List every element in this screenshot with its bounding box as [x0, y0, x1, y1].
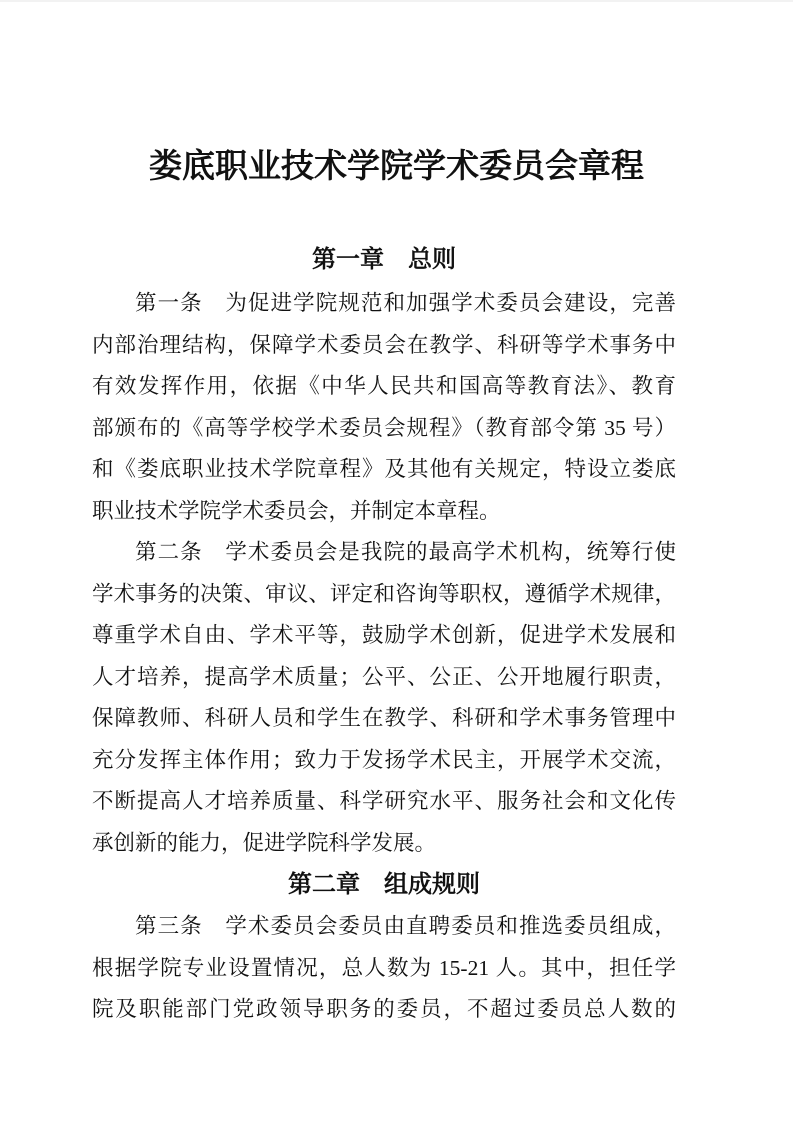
paragraph-line: 第二条 学术委员会是我院的最高学术机构，统筹行使: [92, 532, 676, 574]
paragraph-line: 第一条 为促进学院规范和加强学术委员会建设，完善: [92, 283, 676, 325]
document-page: 娄底职业技术学院学术委员会章程 第一章 总则 第一条 为促进学院规范和加强学术委…: [0, 0, 793, 1122]
page-top-edge: [0, 0, 793, 2]
paragraph-article-3: 第三条 学术委员会委员由直聘委员和推选委员组成， 根据学院专业设置情况，总人数为…: [92, 906, 676, 1031]
paragraph-line: 充分发挥主体作用；致力于发扬学术民主，开展学术交流，: [92, 740, 676, 782]
paragraph-line: 尊重学术自由、学术平等，鼓励学术创新，促进学术发展和: [92, 615, 676, 657]
paragraph-line: 和《娄底职业技术学院章程》及其他有关规定，特设立娄底: [92, 449, 676, 491]
paragraph-article-1: 第一条 为促进学院规范和加强学术委员会建设，完善 内部治理结构，保障学术委员会在…: [92, 283, 676, 532]
paragraph-line: 院及职能部门党政领导职务的委员，不超过委员总人数的: [92, 989, 676, 1031]
chapter-1-heading: 第一章 总则: [92, 237, 676, 283]
paragraph-line: 学术事务的决策、审议、评定和咨询等职权，遵循学术规律，: [92, 574, 676, 616]
paragraph-line: 根据学院专业设置情况，总人数为 15-21 人。其中，担任学: [92, 948, 676, 990]
paragraph-article-2: 第二条 学术委员会是我院的最高学术机构，统筹行使 学术事务的决策、审议、评定和咨…: [92, 532, 676, 864]
paragraph-line: 不断提高人才培养质量、科学研究水平、服务社会和文化传: [92, 781, 676, 823]
paragraph-line: 部颁布的《高等学校学术委员会规程》（教育部令第 35 号）: [92, 408, 676, 450]
paragraph-line: 保障教师、科研人员和学生在教学、科研和学术事务管理中: [92, 698, 676, 740]
paragraph-line: 内部治理结构，保障学术委员会在教学、科研等学术事务中: [92, 325, 676, 367]
paragraph-line: 有效发挥作用，依据《中华人民共和国高等教育法》、教育: [92, 366, 676, 408]
paragraph-line: 人才培养，提高学术质量；公平、公正、公开地履行职责，: [92, 657, 676, 699]
paragraph-line: 第三条 学术委员会委员由直聘委员和推选委员组成，: [92, 906, 676, 948]
paragraph-line: 承创新的能力，促进学院科学发展。: [92, 823, 676, 865]
chapter-2-heading: 第二章 组成规则: [92, 864, 676, 906]
document-body: 第一章 总则 第一条 为促进学院规范和加强学术委员会建设，完善 内部治理结构，保…: [92, 237, 676, 1031]
paragraph-line: 职业技术学院学术委员会，并制定本章程。: [92, 491, 676, 533]
document-title: 娄底职业技术学院学术委员会章程: [0, 140, 793, 187]
